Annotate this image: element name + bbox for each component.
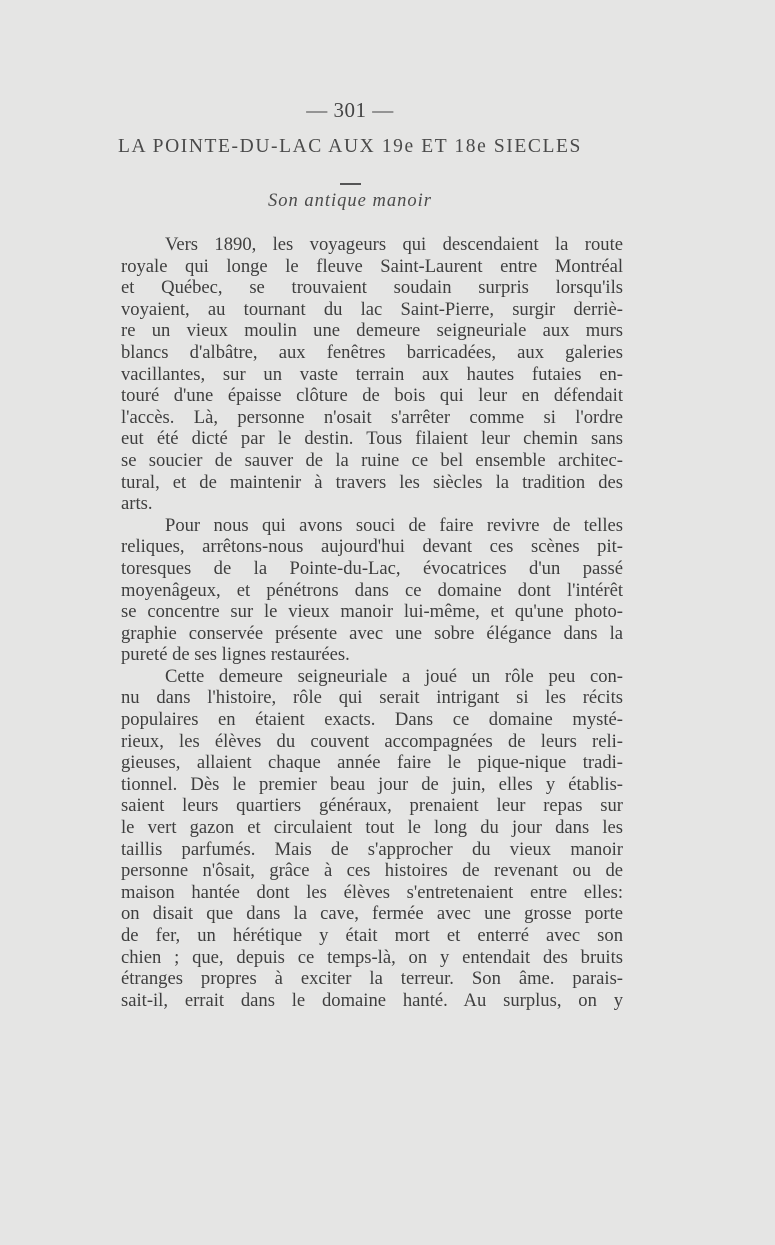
text-line: taillis parfumés. Mais de s'approcher du… [77,839,623,861]
text-line: étranges propres à exciter la terreur. S… [77,968,623,990]
text-line: et Québec, se trouvaient soudain surpris… [77,277,623,299]
text-line: l'accès. Là, personne n'osait s'arrêter … [77,407,623,429]
text-line: royale qui longe le fleuve Saint-Laurent… [77,256,623,278]
text-line: populaires en étaient exacts. Dans ce do… [77,709,623,731]
text-line: Pour nous qui avons souci de faire reviv… [77,515,623,537]
title-separator-rule [340,183,361,185]
text-line: se concentre sur le vieux manoir lui-mêm… [77,601,623,623]
text-line: Cette demeure seigneuriale a joué un rôl… [77,666,623,688]
text-line: arts. [77,493,623,515]
text-line: personne n'ôsait, grâce à ces histoires … [77,860,623,882]
section-subtitle: Son antique manoir [77,191,623,212]
text-line: se soucier de sauver de la ruine ce bel … [77,450,623,472]
text-line: touré d'une épaisse clôture de bois qui … [77,385,623,407]
text-line: toresques de la Pointe-du-Lac, évocatric… [77,558,623,580]
text-line: voyaient, au tournant du lac Saint-Pierr… [77,299,623,321]
text-line: eut été dicté par le destin. Tous filaie… [77,428,623,450]
paragraph-1: Vers 1890, les voyageurs qui descendaien… [77,234,623,515]
text-line: nu dans l'histoire, rôle qui serait intr… [77,687,623,709]
text-line: re un vieux moulin une demeure seigneuri… [77,320,623,342]
text-line: le vert gazon et circulaient tout le lon… [77,817,623,839]
text-line: tionnel. Dès le premier beau jour de jui… [77,774,623,796]
text-line: blancs d'albâtre, aux fenêtres barricadé… [77,342,623,364]
body-text: Vers 1890, les voyageurs qui descendaien… [77,234,623,1011]
text-line: sait-il, errait dans le domaine hanté. A… [77,990,623,1012]
paragraph-2: Pour nous qui avons souci de faire reviv… [77,515,623,666]
paragraph-3: Cette demeure seigneuriale a joué un rôl… [77,666,623,1012]
text-line: on disait que dans la cave, fermée avec … [77,903,623,925]
text-line: maison hantée dont les élèves s'entreten… [77,882,623,904]
text-line: Vers 1890, les voyageurs qui descendaien… [77,234,623,256]
text-line: tural, et de maintenir à travers les siè… [77,472,623,494]
text-line: vacillantes, sur un vaste terrain aux ha… [77,364,623,386]
text-line: de fer, un hérétique y était mort et ent… [77,925,623,947]
text-line: graphie conservée présente avec une sobr… [77,623,623,645]
page-number: — 301 — [77,98,623,123]
text-line: chien ; que, depuis ce temps-là, on y en… [77,947,623,969]
text-line: moyenâgeux, et pénétrons dans ce domaine… [77,580,623,602]
text-line: rieux, les élèves du couvent accompagnée… [77,731,623,753]
chapter-title: LA POINTE-DU-LAC AUX 19e ET 18e SIECLES [67,136,633,158]
text-line: gieuses, allaient chaque année faire le … [77,752,623,774]
text-line: pureté de ses lignes restaurées. [77,644,623,666]
text-line: reliques, arrêtons-nous aujourd'hui deva… [77,536,623,558]
text-line: saient leurs quartiers généraux, prenaie… [77,795,623,817]
